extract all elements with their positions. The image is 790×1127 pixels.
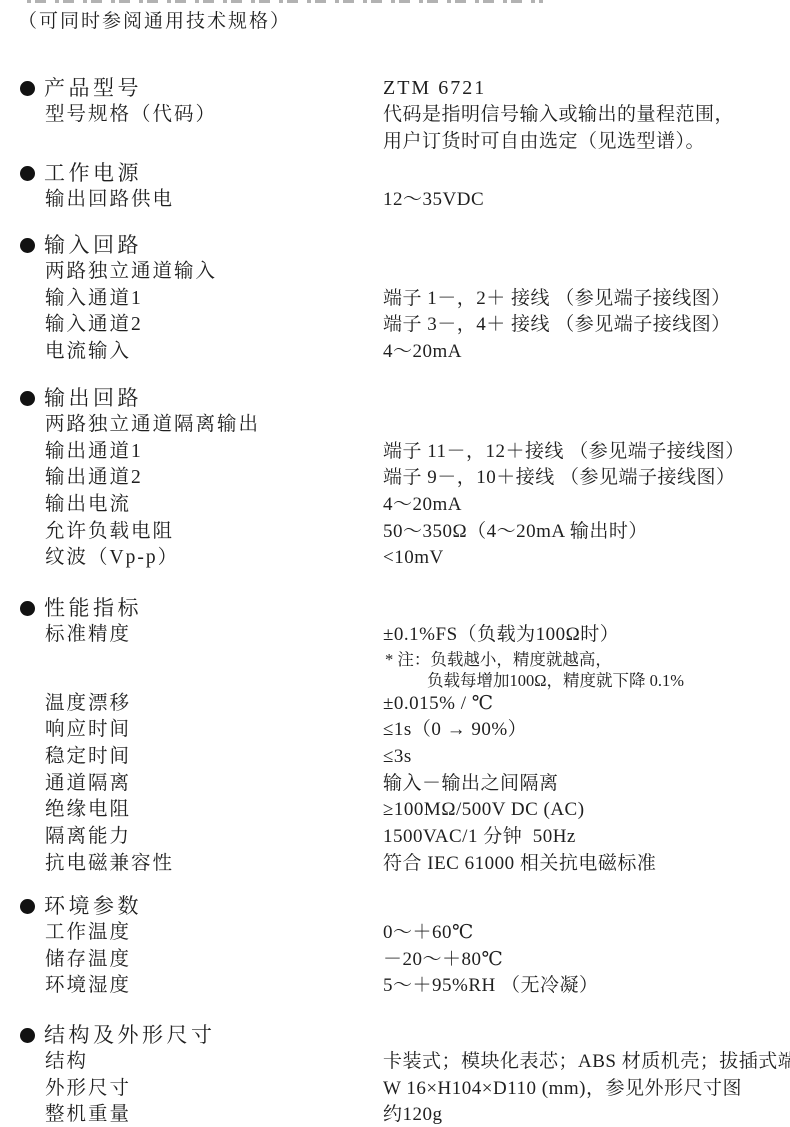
spec-value-line: 卡装式；模块化表芯；ABS 材质机壳；拔插式端子 [383, 1049, 790, 1076]
spec-section: 输入回路两路独立通道输入输入通道1端子 1－，2＋ 接线 （参见端子接线图）输入… [0, 232, 790, 366]
spec-label: 结构 [0, 1049, 88, 1076]
spec-row: 稳定时间≤3s [0, 744, 790, 771]
spec-note: 负载每增加100Ω，精度就下降 0.1% [0, 670, 790, 691]
section-title-row: 性能指标 [0, 595, 790, 622]
spec-value-line: 12～35VDC [383, 187, 484, 214]
spec-value-line: 端子 9－，10＋接线 （参见端子接线图） [383, 465, 736, 492]
section-bullet-icon [20, 899, 35, 914]
spec-value: ±0.015% / ℃ [383, 691, 494, 718]
spec-value-line: 约120g [383, 1102, 443, 1127]
spec-label: 整机重量 [0, 1102, 131, 1127]
spec-label: 响应时间 [0, 717, 131, 744]
spec-value-line: 4～20mA [383, 492, 462, 519]
spec-value-line: ±0.1%FS（负载为100Ω时） [383, 622, 619, 649]
spec-label: 电流输入 [0, 339, 131, 366]
section-bullet-icon [20, 238, 35, 253]
spec-row: 标准精度±0.1%FS（负载为100Ω时） [0, 622, 790, 649]
section-bullet-icon [20, 1028, 35, 1043]
spec-value-line: 端子 3－，4＋ 接线 （参见端子接线图） [383, 312, 731, 339]
spec-row: 隔离能力1500VAC/1 分钟 50Hz [0, 824, 790, 851]
spec-label: 稳定时间 [0, 744, 131, 771]
spec-value: 卡装式；模块化表芯；ABS 材质机壳；拔插式端子 [383, 1049, 790, 1076]
section-bullet-icon [20, 81, 35, 96]
spec-value: 端子 3－，4＋ 接线 （参见端子接线图） [383, 312, 731, 339]
spec-section: 性能指标标准精度±0.1%FS（负载为100Ω时）* 注：负载越小，精度就越高，… [0, 595, 790, 878]
spec-value-line: 符合 IEC 61000 相关抗电磁标准 [383, 851, 656, 878]
spec-section: 产品型号ZTM 6721型号规格（代码）代码是指明信号输入或输出的量程范围，用户… [0, 75, 790, 155]
spec-row: 纹波（Vp-p）<10mV [0, 545, 790, 572]
section-bullet-icon [20, 601, 35, 616]
spec-row: 输出电流4～20mA [0, 492, 790, 519]
spec-value-line: 5～＋95%RH （无冷凝） [383, 973, 598, 1000]
spec-label: 标准精度 [0, 622, 131, 649]
section-title-row: 输出回路 [0, 385, 790, 412]
section-bullet-icon [20, 391, 35, 406]
spec-value: 代码是指明信号输入或输出的量程范围，用户订货时可自由选定（见选型谱）。 [383, 102, 734, 155]
spec-label: 输出电流 [0, 492, 131, 519]
spec-label: 纹波（Vp-p） [0, 545, 179, 572]
spec-label: 工作温度 [0, 920, 131, 947]
spec-label: 输入通道1 [0, 286, 143, 313]
spec-value-line: 0～＋60℃ [383, 920, 474, 947]
spec-value-line: 代码是指明信号输入或输出的量程范围， [383, 102, 734, 129]
spec-value-line: －20～＋80℃ [383, 947, 503, 974]
section-title-value: ZTM 6721 [383, 75, 486, 102]
spec-value: <10mV [383, 545, 444, 572]
spec-row: 输出通道1端子 11－，12＋接线 （参见端子接线图） [0, 439, 790, 466]
spec-label: 允许负载电阻 [0, 519, 174, 546]
section-title-row: 环境参数 [0, 893, 790, 920]
spec-value-line: ±0.015% / ℃ [383, 691, 494, 718]
spec-row: 输入通道1端子 1－，2＋ 接线 （参见端子接线图） [0, 286, 790, 313]
spec-value-line: ≤1s（0 → 90%） [383, 717, 527, 744]
spec-label: 环境湿度 [0, 973, 131, 1000]
spec-value-line: <10mV [383, 545, 444, 572]
spec-value-line: 1500VAC/1 分钟 50Hz [383, 824, 576, 851]
spec-label: 两路独立通道输入 [0, 259, 217, 286]
spec-row: 两路独立通道输入 [0, 259, 790, 286]
section-title-row: 输入回路 [0, 232, 790, 259]
spec-value: 端子 11－，12＋接线 （参见端子接线图） [383, 439, 745, 466]
page-subtitle: （可同时参阅通用技术规格） [18, 6, 291, 33]
spec-value: ±0.1%FS（负载为100Ω时） [383, 622, 619, 649]
spec-label: 型号规格（代码） [0, 102, 217, 129]
spec-value: ≤3s [383, 744, 412, 771]
spec-value-line: 端子 11－，12＋接线 （参见端子接线图） [383, 439, 745, 466]
spec-row: 工作温度0～＋60℃ [0, 920, 790, 947]
section-title-row: 工作电源 [0, 160, 790, 187]
spec-label: 输入通道2 [0, 312, 143, 339]
spec-row: 抗电磁兼容性符合 IEC 61000 相关抗电磁标准 [0, 851, 790, 878]
spec-row: 绝缘电阻≥100MΩ/500V DC (AC) [0, 797, 790, 824]
spec-value-line: 端子 1－，2＋ 接线 （参见端子接线图） [383, 286, 731, 313]
spec-row: 输出通道2端子 9－，10＋接线 （参见端子接线图） [0, 465, 790, 492]
spec-value-line: ≤3s [383, 744, 412, 771]
spec-section: 环境参数工作温度0～＋60℃储存温度－20～＋80℃环境湿度5～＋95%RH （… [0, 893, 790, 1000]
clipped-text-artifact [27, 0, 543, 3]
spec-value: －20～＋80℃ [383, 947, 503, 974]
spec-label: 抗电磁兼容性 [0, 851, 174, 878]
spec-label: 输出回路供电 [0, 187, 174, 214]
spec-row: 型号规格（代码）代码是指明信号输入或输出的量程范围，用户订货时可自由选定（见选型… [0, 102, 790, 155]
spec-section: 工作电源输出回路供电12～35VDC [0, 160, 790, 214]
spec-label: 隔离能力 [0, 824, 131, 851]
spec-value: 输入－输出之间隔离 [383, 771, 559, 798]
spec-row: 通道隔离输入－输出之间隔离 [0, 771, 790, 798]
section-title-row: 结构及外形尺寸 [0, 1022, 790, 1049]
spec-label: 绝缘电阻 [0, 797, 131, 824]
spec-row: 环境湿度5～＋95%RH （无冷凝） [0, 973, 790, 1000]
spec-row: 温度漂移±0.015% / ℃ [0, 691, 790, 718]
spec-label: 储存温度 [0, 947, 131, 974]
spec-row: 输入通道2端子 3－，4＋ 接线 （参见端子接线图） [0, 312, 790, 339]
spec-row: 电流输入4～20mA [0, 339, 790, 366]
spec-value: 端子 1－，2＋ 接线 （参见端子接线图） [383, 286, 731, 313]
spec-row: 响应时间≤1s（0 → 90%） [0, 717, 790, 744]
spec-row: 允许负载电阻50～350Ω（4～20mA 输出时） [0, 519, 790, 546]
spec-value: 0～＋60℃ [383, 920, 474, 947]
spec-row: 输出回路供电12～35VDC [0, 187, 790, 214]
spec-value: 50～350Ω（4～20mA 输出时） [383, 519, 648, 546]
spec-label: 两路独立通道隔离输出 [0, 412, 260, 439]
spec-label: 输出通道2 [0, 465, 143, 492]
spec-row: 储存温度－20～＋80℃ [0, 947, 790, 974]
spec-value: 约120g [383, 1102, 443, 1127]
spec-label: 外形尺寸 [0, 1076, 131, 1103]
spec-sheet-page: （可同时参阅通用技术规格） 产品型号ZTM 6721型号规格（代码）代码是指明信… [0, 0, 790, 1127]
spec-value-line: 50～350Ω（4～20mA 输出时） [383, 519, 648, 546]
spec-section: 结构及外形尺寸结构卡装式；模块化表芯；ABS 材质机壳；拔插式端子外形尺寸W 1… [0, 1022, 790, 1127]
spec-row: 外形尺寸W 16×H104×D110 (mm)，参见外形尺寸图 [0, 1076, 790, 1103]
spec-value-line: W 16×H104×D110 (mm)，参见外形尺寸图 [383, 1076, 742, 1103]
spec-value: 1500VAC/1 分钟 50Hz [383, 824, 576, 851]
spec-value: 符合 IEC 61000 相关抗电磁标准 [383, 851, 656, 878]
spec-note: * 注：负载越小，精度就越高， [0, 649, 790, 670]
spec-value-line: 输入－输出之间隔离 [383, 771, 559, 798]
spec-section: 输出回路两路独立通道隔离输出输出通道1端子 11－，12＋接线 （参见端子接线图… [0, 385, 790, 572]
spec-row: 结构卡装式；模块化表芯；ABS 材质机壳；拔插式端子 [0, 1049, 790, 1076]
spec-value-line: ≥100MΩ/500V DC (AC) [383, 797, 585, 824]
spec-value-line: 用户订货时可自由选定（见选型谱）。 [383, 129, 734, 156]
spec-label: 通道隔离 [0, 771, 131, 798]
section-title-row: 产品型号ZTM 6721 [0, 75, 790, 102]
spec-label: 温度漂移 [0, 691, 131, 718]
spec-value-line: 4～20mA [383, 339, 462, 366]
spec-value: W 16×H104×D110 (mm)，参见外形尺寸图 [383, 1076, 742, 1103]
spec-value: 4～20mA [383, 339, 462, 366]
spec-value: 4～20mA [383, 492, 462, 519]
spec-value: 5～＋95%RH （无冷凝） [383, 973, 598, 1000]
spec-label: 输出通道1 [0, 439, 143, 466]
spec-value: ≤1s（0 → 90%） [383, 717, 527, 744]
spec-value: ≥100MΩ/500V DC (AC) [383, 797, 585, 824]
spec-value: 12～35VDC [383, 187, 484, 214]
spec-row: 两路独立通道隔离输出 [0, 412, 790, 439]
section-bullet-icon [20, 166, 35, 181]
spec-value: 端子 9－，10＋接线 （参见端子接线图） [383, 465, 736, 492]
spec-row: 整机重量约120g [0, 1102, 790, 1127]
